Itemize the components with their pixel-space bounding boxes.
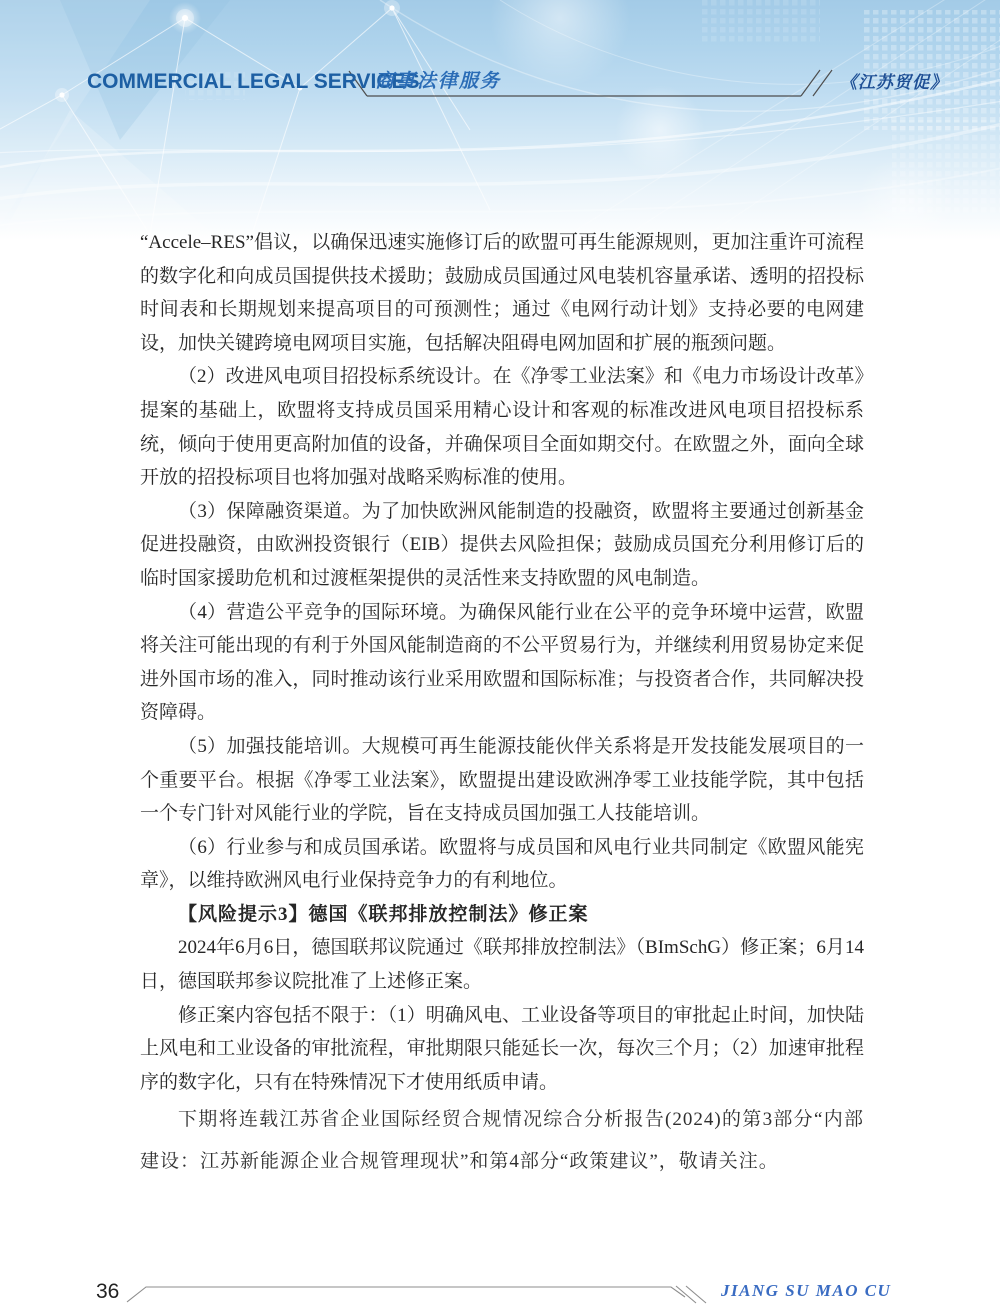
double-backslash-icon bbox=[676, 1286, 696, 1303]
journal-name-romanized: JIANG SU MAO CU bbox=[721, 1281, 891, 1301]
footer-rule bbox=[0, 0, 1000, 1311]
magazine-page: COMMERCIAL LEGAL SERVICES 商事法律服务 《江苏贸促》 … bbox=[0, 0, 1000, 1311]
